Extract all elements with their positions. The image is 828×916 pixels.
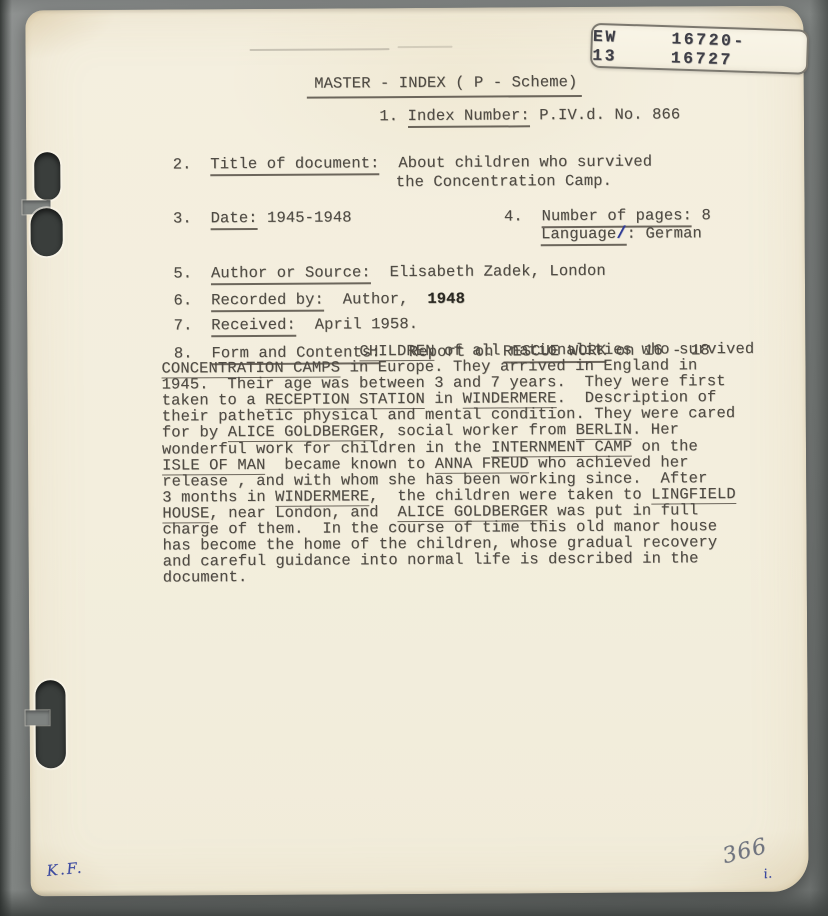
contents-paragraph: CHILDREN of all nationalities who surviv… bbox=[161, 341, 755, 586]
erased-line-mark bbox=[250, 48, 390, 51]
field-number: 3. bbox=[173, 209, 211, 227]
field-value: 1945-1948 bbox=[267, 208, 352, 227]
field-value: 8 bbox=[701, 206, 711, 224]
field-label-text: Language bbox=[541, 225, 616, 243]
punch-slit bbox=[26, 710, 50, 725]
field-separator bbox=[530, 106, 540, 124]
field-value: German bbox=[645, 224, 702, 242]
photo-backdrop: EW 13 16720-16727 MASTER - INDEX ( P - S… bbox=[0, 0, 828, 916]
stamp-number-range: 16720-16727 bbox=[671, 29, 808, 71]
handwritten-footnote-mark: i. bbox=[763, 866, 773, 882]
field-number: 2. bbox=[173, 155, 211, 173]
handwritten-page-number: 366 bbox=[720, 834, 770, 869]
erased-line-mark bbox=[398, 46, 453, 48]
field-label: Index Number: bbox=[408, 106, 530, 128]
field-number: 1. bbox=[379, 107, 407, 125]
stamp-code: EW 13 bbox=[592, 26, 655, 66]
field-value: P.IV.d. No. 866 bbox=[539, 105, 680, 124]
punch-hole bbox=[34, 152, 60, 200]
contents-line: and careful guidance into normal life is… bbox=[163, 550, 756, 570]
field-row-date: 3. Date: 1945-1948 bbox=[116, 190, 351, 245]
ink-slash-mark: / bbox=[616, 225, 626, 244]
field-label: Date: bbox=[211, 209, 258, 230]
document-page: EW 13 16720-16727 MASTER - INDEX ( P - S… bbox=[25, 6, 808, 897]
field-separator: : bbox=[627, 225, 646, 243]
punch-hole bbox=[31, 208, 63, 256]
handwritten-initials: K.F. bbox=[46, 858, 84, 879]
text-segment: document. bbox=[163, 568, 248, 587]
reference-stamp: EW 13 16720-16727 bbox=[590, 23, 809, 75]
